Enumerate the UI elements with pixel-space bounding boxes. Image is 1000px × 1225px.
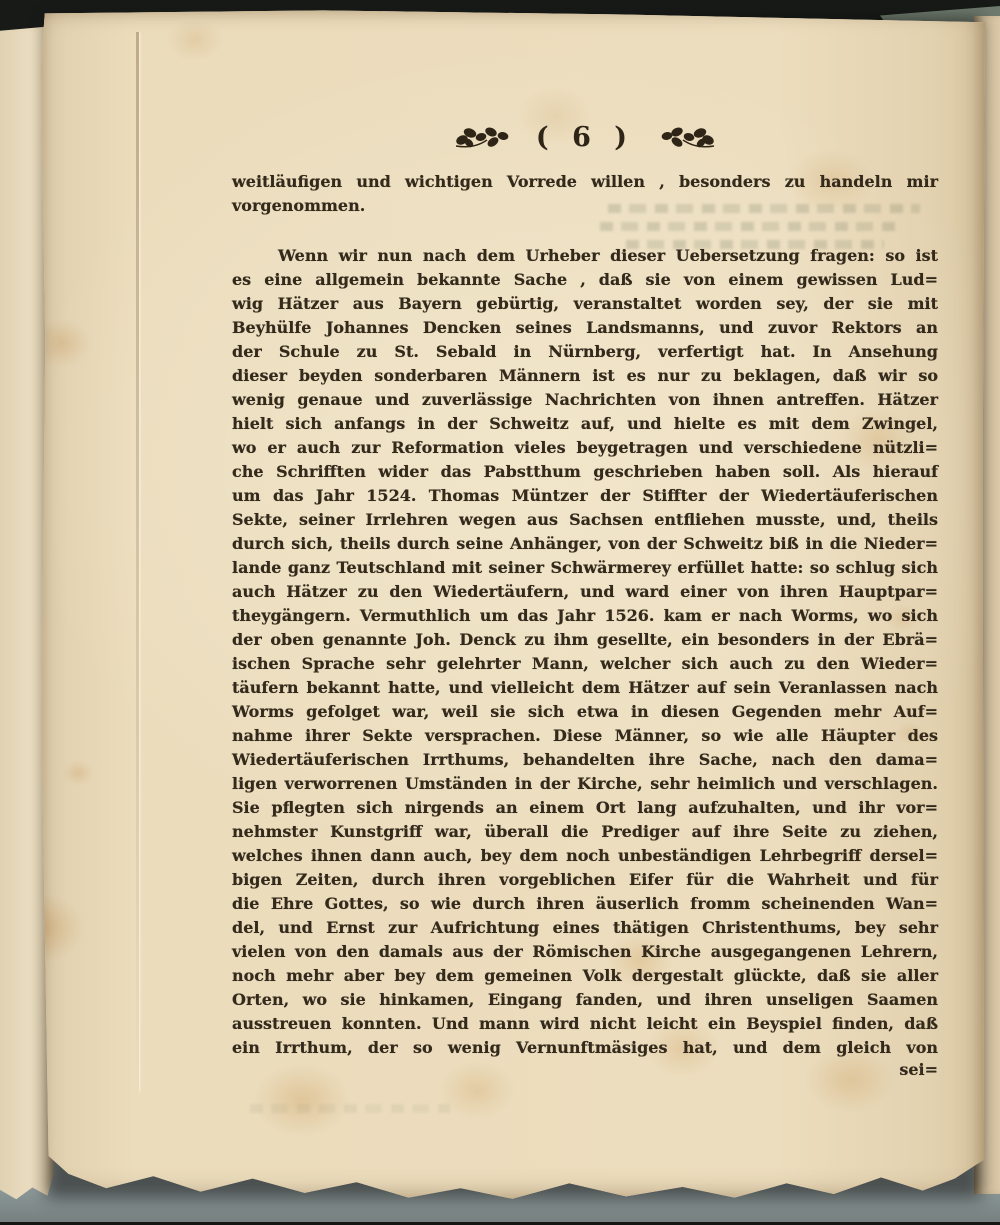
text-line: theygängern. Vermuthlich um das Jahr 152… xyxy=(232,604,938,628)
text-line: Wenn wir nun nach dem Urheber dieser Ueb… xyxy=(232,244,938,268)
text-line: ligen verworrenen Umständen in der Kirch… xyxy=(232,772,938,796)
text-line: wig Hätzer aus Bayern gebürtig, veransta… xyxy=(232,292,938,316)
text-line: Sie pflegten sich nirgends an einem Ort … xyxy=(232,796,938,820)
book-page: ( 6 ) weitläufigen und wichtigen xyxy=(40,8,985,1200)
paragraph-continuation: weitläufigen und wichtigen Vorrede wille… xyxy=(232,170,938,218)
text-line: wenig genaue und zuverlässige Nachrichte… xyxy=(232,388,938,412)
catchword: sei= xyxy=(232,1060,938,1079)
page-number: ( 6 ) xyxy=(536,122,634,153)
text-line: nahme ihrer Sekte versprachen. Diese Män… xyxy=(232,724,938,748)
text-line: del, und Ernst zur Aufrichtung eines thä… xyxy=(232,916,938,940)
text-line: ein Irrthum, der so wenig Vernunftmäsige… xyxy=(232,1036,938,1060)
text-line: auch Hätzer zu den Wiedertäufern, und wa… xyxy=(232,580,938,604)
text-line: ischen Sprache sehr gelehrter Mann, welc… xyxy=(232,652,938,676)
text-line: die Ehre Gottes, so wie durch ihren äuse… xyxy=(232,892,938,916)
book-scan: ( 6 ) weitläufigen und wichtigen xyxy=(0,0,1000,1225)
text-line: es eine allgemein bekannte Sache , daß s… xyxy=(232,268,938,292)
text-line: welches ihnen dann auch, bey dem noch un… xyxy=(232,844,938,868)
page-header: ( 6 ) xyxy=(232,122,938,153)
text-line: che Schrifften wider das Pabstthum gesch… xyxy=(232,460,938,484)
text-line: dieser beyden sonderbaren Männern ist es… xyxy=(232,364,938,388)
show-through-text xyxy=(600,222,896,231)
text-line: lande ganz Teutschland mit seiner Schwär… xyxy=(232,556,938,580)
text-line: Worms gefolget war, weil sie sich etwa i… xyxy=(232,700,938,724)
fleuron-ornament-right-icon xyxy=(658,125,716,151)
text-line: weitläufigen und wichtigen Vorrede wille… xyxy=(232,170,938,194)
fleuron-ornament-left-icon xyxy=(454,125,512,151)
text-line: der Schule zu St. Sebald in Nürnberg, ve… xyxy=(232,340,938,364)
text-line: noch mehr aber bey dem gemeinen Volk der… xyxy=(232,964,938,988)
text-line: vielen von den damals aus der Römischen … xyxy=(232,940,938,964)
show-through-text xyxy=(250,1104,450,1113)
text-line: um das Jahr 1524. Thomas Müntzer der Sti… xyxy=(232,484,938,508)
text-line: täufern bekannt hatte, und vielleicht de… xyxy=(232,676,938,700)
paragraph-main: Wenn wir nun nach dem Urheber dieser Ueb… xyxy=(232,244,938,1060)
text-line: ausstreuen konnten. Und mann wird nicht … xyxy=(232,1012,938,1036)
text-line: Sekte, seiner Irrlehren wegen aus Sachse… xyxy=(232,508,938,532)
text-line: bigen Zeiten, durch ihren vorgeblichen E… xyxy=(232,868,938,892)
text-line: nehmster Kunstgriff war, überall die Pre… xyxy=(232,820,938,844)
text-line: vorgenommen. xyxy=(232,194,938,218)
text-line: Beyhülfe Johannes Dencken seines Landsma… xyxy=(232,316,938,340)
text-line: wo er auch zur Reformation vieles beyget… xyxy=(232,436,938,460)
text-line: hielt sich anfangs in der Schweitz auf, … xyxy=(232,412,938,436)
text-line: Orten, wo sie hinkamen, Eingang fanden, … xyxy=(232,988,938,1012)
text-line: Wiedertäuferischen Irrthums, behandelten… xyxy=(232,748,938,772)
text-line: durch sich, theils durch seine Anhänger,… xyxy=(232,532,938,556)
text-line: der oben genannte Joh. Denck zu ihm gese… xyxy=(232,628,938,652)
page-crease xyxy=(136,32,139,1092)
